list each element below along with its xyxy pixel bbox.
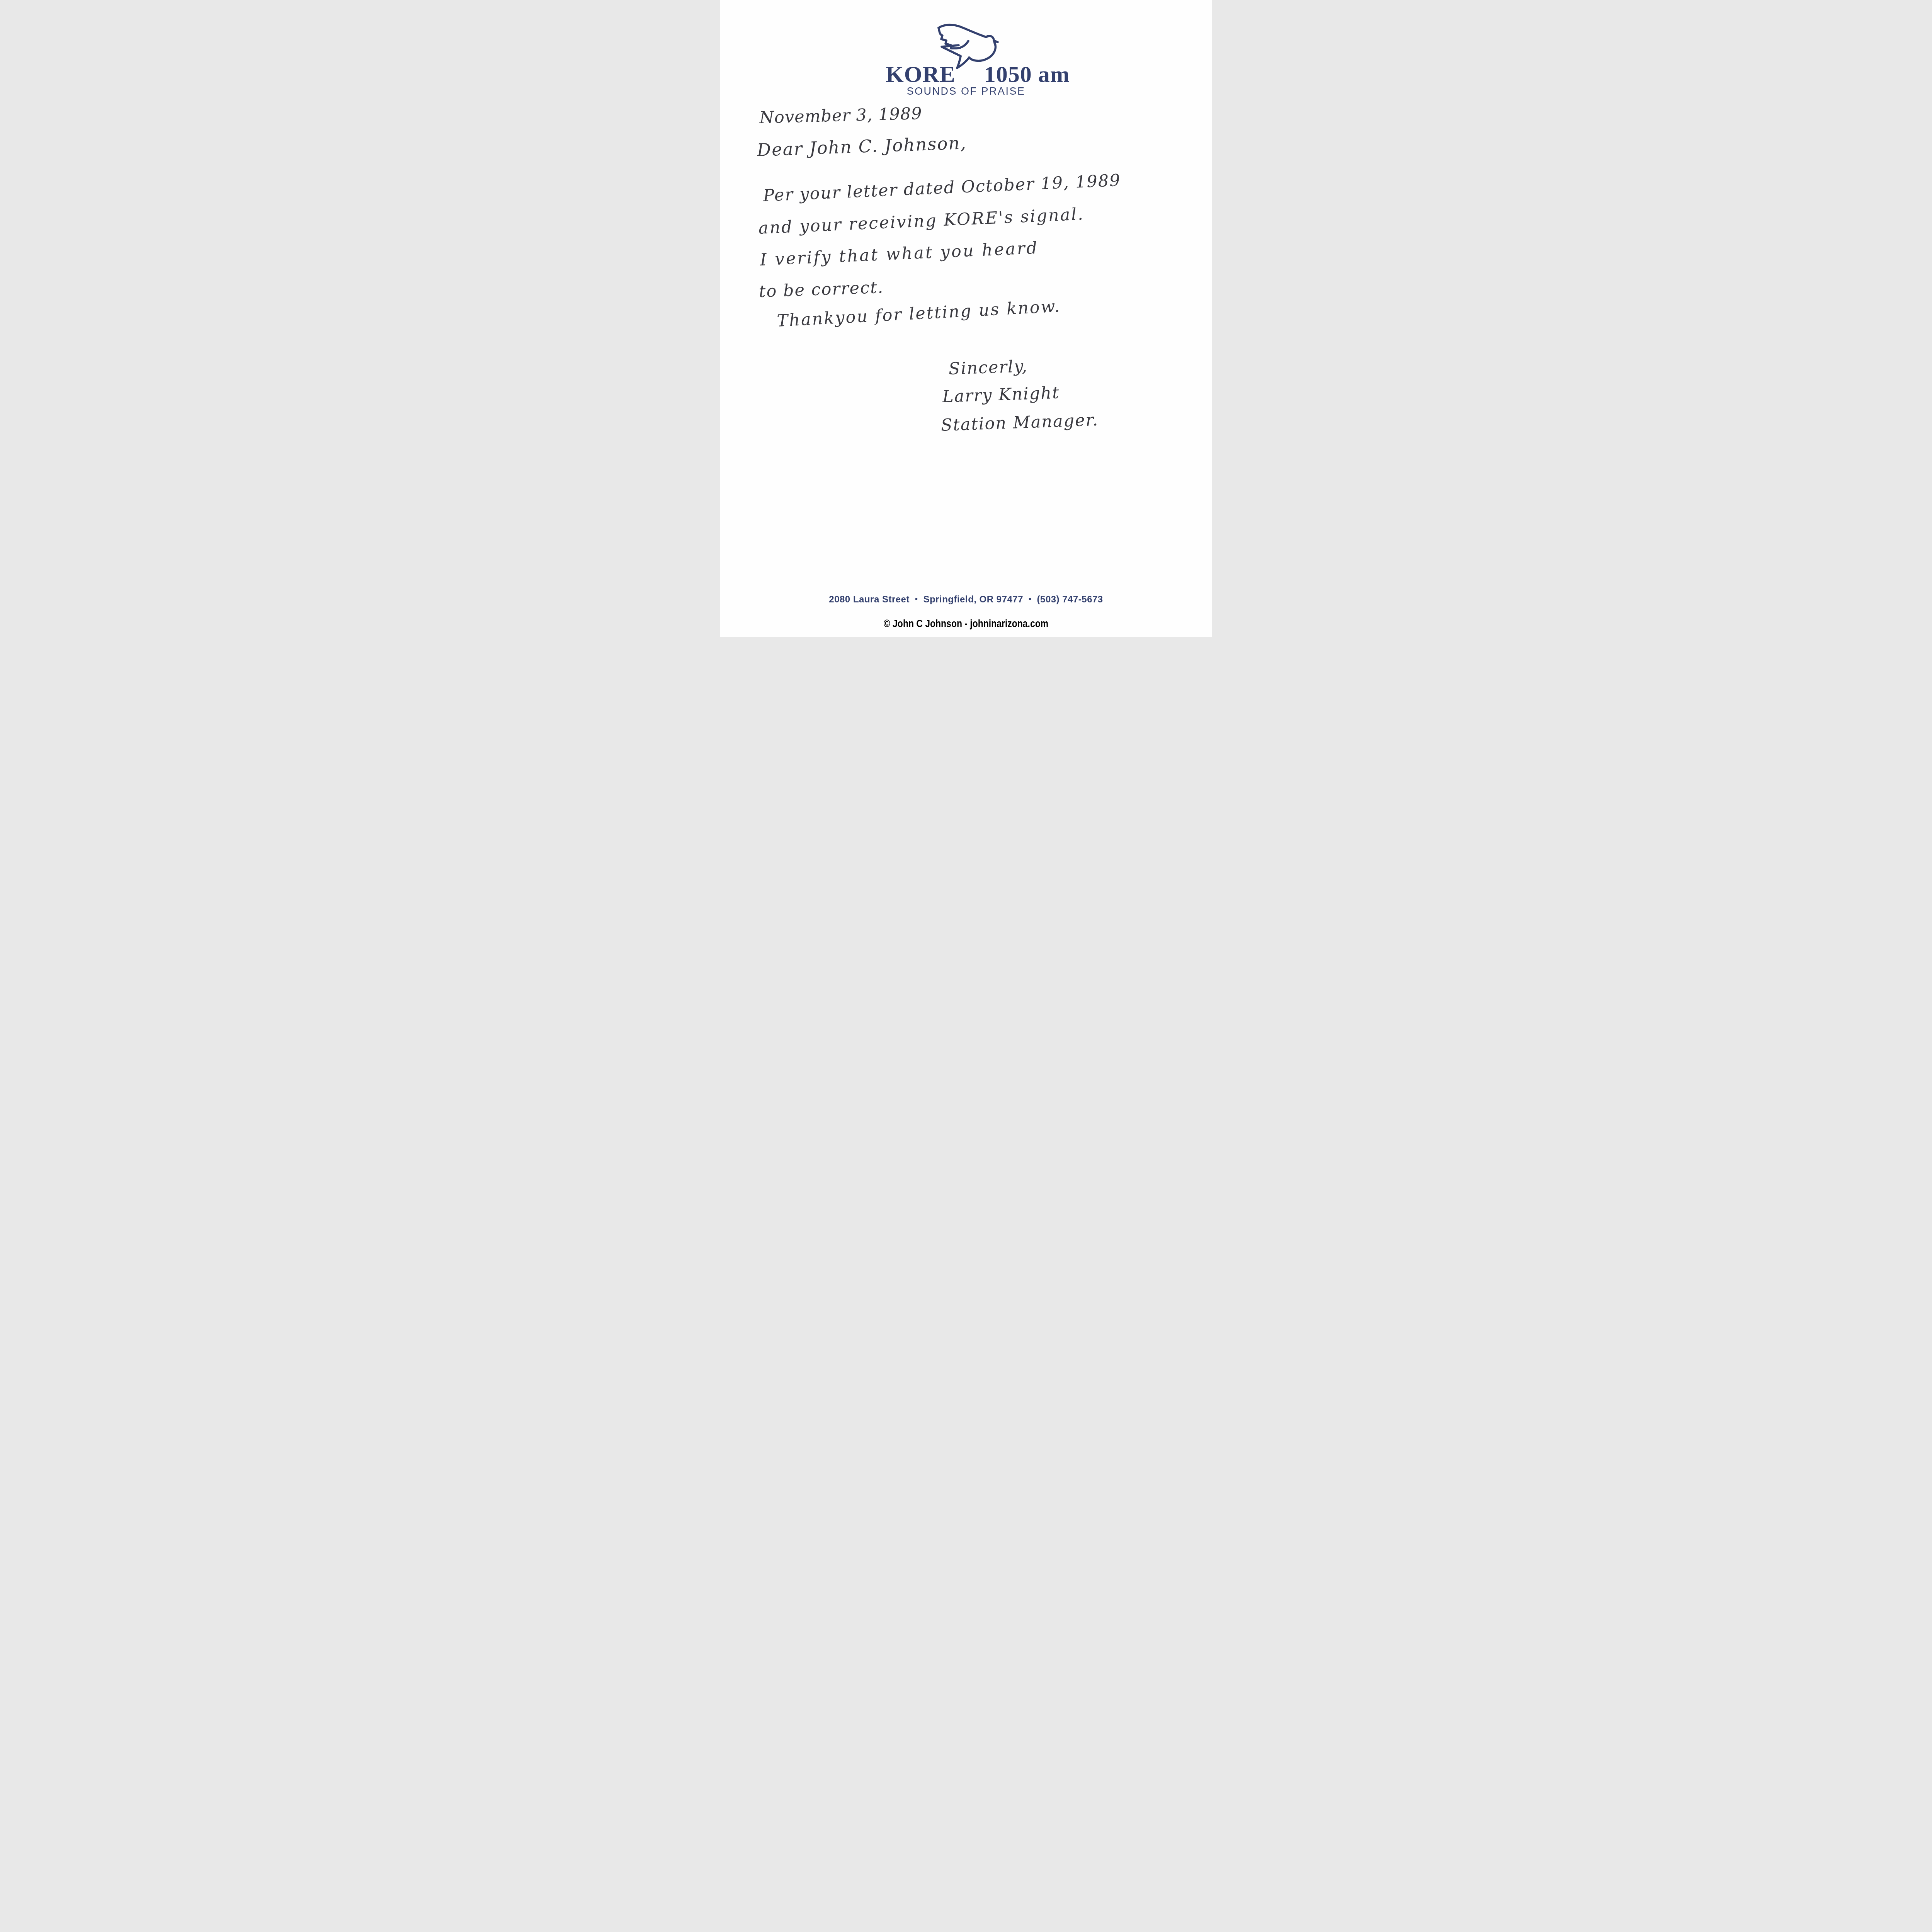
station-call: KORE: [886, 61, 956, 87]
bullet-separator: •: [1029, 595, 1032, 604]
station-frequency: 1050 am: [984, 61, 1070, 87]
footer-address: 2080 Laura Street: [829, 594, 910, 605]
scanned-letter-page: KORE1050 am SOUNDS OF PRAISE November 3,…: [720, 0, 1212, 637]
credit-line: © John C Johnson - johninarizona.com: [720, 617, 1212, 630]
letter-body-line: to be correct.: [759, 278, 884, 301]
credit-text: © John C Johnson - johninarizona.com: [884, 617, 1048, 630]
station-name: KORE1050 am: [886, 61, 1070, 88]
letter-closing: Sincerly,: [948, 357, 1028, 379]
letter-body-line: I verify that what you heard: [760, 238, 1039, 270]
signature-name: Larry Knight: [942, 383, 1060, 406]
letter-salutation: Dear John C. Johnson,: [757, 133, 967, 160]
footer-city: Springfield, OR 97477: [923, 594, 1023, 605]
letter-body-line: and your receiving KORE's signal.: [758, 204, 1085, 238]
bullet-separator: •: [915, 595, 918, 604]
letter-body-line: Thankyou for letting us know.: [776, 297, 1061, 331]
letter-body-line: Per your letter dated October 19, 1989: [763, 171, 1121, 206]
letterhead: KORE1050 am SOUNDS OF PRAISE: [720, 0, 1212, 100]
station-tagline: SOUNDS OF PRAISE: [720, 85, 1212, 97]
footer-contact-line: 2080 Laura Street•Springfield, OR 97477•…: [720, 594, 1212, 605]
signature-title: Station Manager.: [940, 410, 1099, 435]
letter-date: November 3, 1989: [759, 104, 923, 128]
footer-phone: (503) 747-5673: [1037, 594, 1103, 605]
